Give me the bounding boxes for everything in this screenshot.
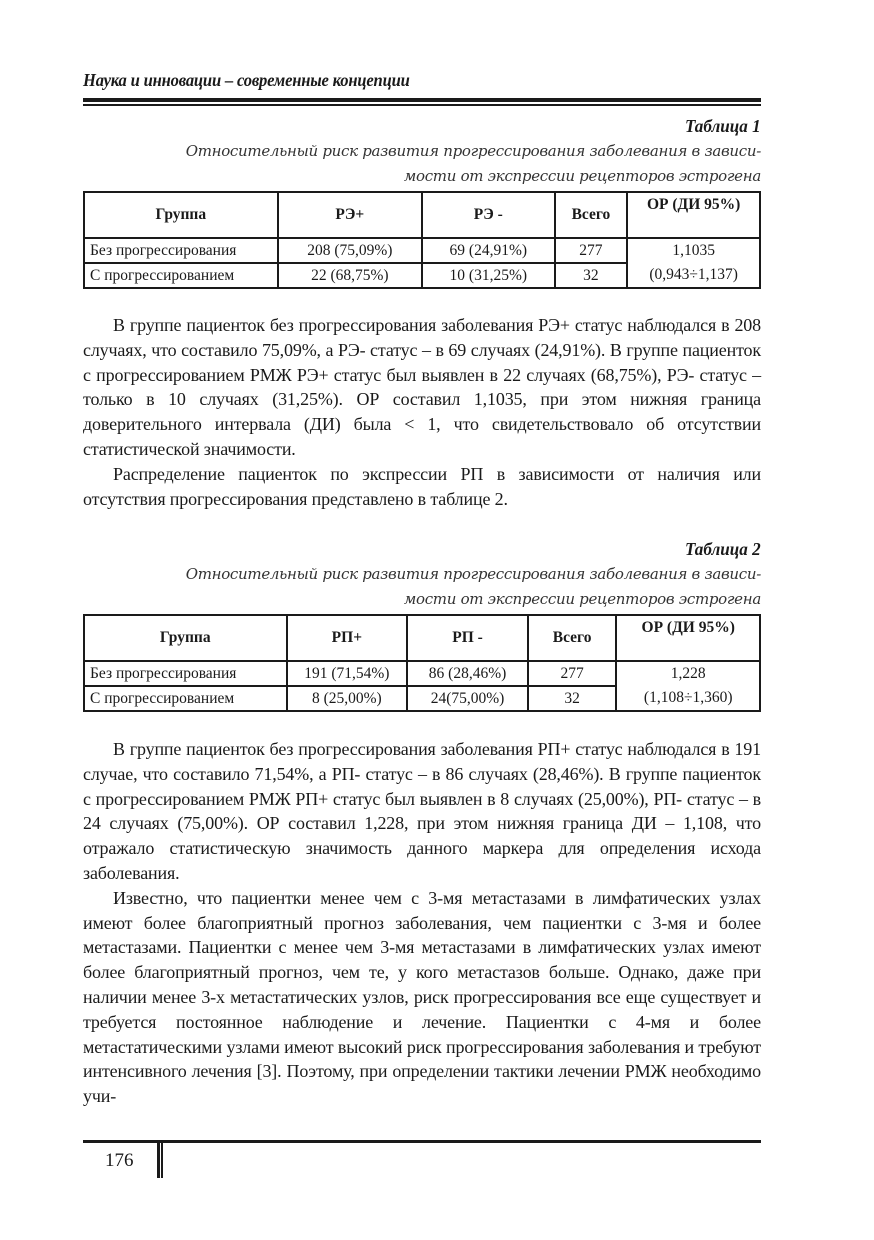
table-header-row: Группа РП+ РП - Всего ОР (ДИ 95%) <box>84 615 760 661</box>
col-header-group: Группа <box>84 615 287 661</box>
paragraph: В группе пациенток без прогрессирования … <box>83 313 761 462</box>
col-header-pos: РП+ <box>287 615 408 661</box>
or-value: 1,228 <box>621 662 755 686</box>
col-header-total: Всего <box>555 192 628 238</box>
table1-caption-line1: Относительный риск развития прогрессиров… <box>83 139 761 163</box>
page-number: 176 <box>105 1150 134 1172</box>
running-head: Наука и инновации – современные концепци… <box>83 70 410 91</box>
header-rule <box>83 98 761 106</box>
col-header-group: Группа <box>84 192 278 238</box>
paragraph: Распределение пациенток по экспрессии РП… <box>83 462 761 512</box>
cell-total: 277 <box>528 661 617 686</box>
cell-group: С прогрессированием <box>84 263 278 288</box>
col-header-or: ОР (ДИ 95%) <box>616 615 760 661</box>
cell-total: 32 <box>528 686 617 711</box>
paragraph: Известно, что пациентки менее чем с 3-мя… <box>83 886 761 1109</box>
or-ci: (1,108÷1,360) <box>621 686 755 710</box>
col-header-or: ОР (ДИ 95%) <box>627 192 760 238</box>
cell-pos: 191 (71,54%) <box>287 661 408 686</box>
table2-caption-line2: мости от экспрессии рецепторов эстрогена <box>83 587 761 611</box>
body-text-1: В группе пациенток без прогрессирования … <box>83 313 761 511</box>
col-header-total: Всего <box>528 615 617 661</box>
cell-group: С прогрессированием <box>84 686 287 711</box>
table1: Группа РЭ+ РЭ - Всего ОР (ДИ 95%) Без пр… <box>83 191 761 289</box>
paragraph: В группе пациенток без прогрессирования … <box>83 737 761 886</box>
table-row: Без прогрессирования 208 (75,09%) 69 (24… <box>84 238 760 263</box>
cell-neg: 10 (31,25%) <box>422 263 555 288</box>
table-header-row: Группа РЭ+ РЭ - Всего ОР (ДИ 95%) <box>84 192 760 238</box>
cell-or: 1,228 (1,108÷1,360) <box>616 661 760 711</box>
cell-group: Без прогрессирования <box>84 238 278 263</box>
cell-pos: 22 (68,75%) <box>278 263 422 288</box>
or-value: 1,1035 <box>632 239 755 263</box>
table2-caption-line1: Относительный риск развития прогрессиров… <box>83 562 761 586</box>
cell-neg: 69 (24,91%) <box>422 238 555 263</box>
cell-pos: 8 (25,00%) <box>287 686 408 711</box>
body-text-2: В группе пациенток без прогрессирования … <box>83 737 761 1109</box>
or-ci: (0,943÷1,137) <box>632 263 755 287</box>
cell-neg: 86 (28,46%) <box>407 661 528 686</box>
table1-caption-line2: мости от экспрессии рецепторов эстрогена <box>83 164 761 188</box>
table2: Группа РП+ РП - Всего ОР (ДИ 95%) Без пр… <box>83 614 761 712</box>
footer-rule <box>83 1140 761 1143</box>
cell-pos: 208 (75,09%) <box>278 238 422 263</box>
col-header-neg: РП - <box>407 615 528 661</box>
table1-label: Таблица 1 <box>685 116 761 137</box>
col-header-neg: РЭ - <box>422 192 555 238</box>
cell-total: 32 <box>555 263 628 288</box>
footer-vertical-rule <box>157 1143 163 1178</box>
cell-total: 277 <box>555 238 628 263</box>
table2-label: Таблица 2 <box>685 539 761 560</box>
cell-or: 1,1035 (0,943÷1,137) <box>627 238 760 288</box>
cell-group: Без прогрессирования <box>84 661 287 686</box>
table-row: Без прогрессирования 191 (71,54%) 86 (28… <box>84 661 760 686</box>
col-header-pos: РЭ+ <box>278 192 422 238</box>
cell-neg: 24(75,00%) <box>407 686 528 711</box>
